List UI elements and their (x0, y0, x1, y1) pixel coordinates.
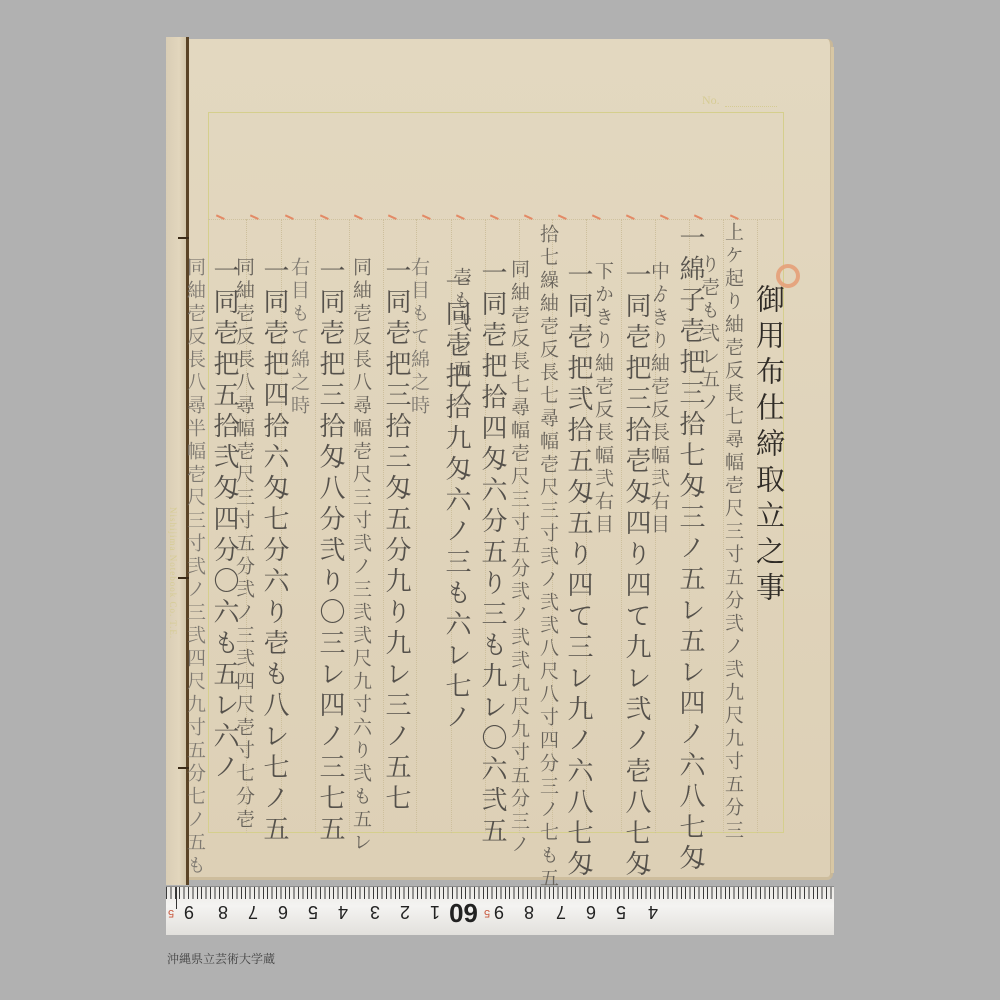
entry-column: 一同壱把三拾三匁五分九り九レ三ノ五七 (383, 257, 409, 815)
ruler-number: 3 (370, 901, 380, 922)
entry-column: 右目もて綿之時 (409, 257, 428, 418)
ruler-number: 2 (400, 901, 410, 922)
entry-column: 一同壱把弐拾五匁五り四て三レ九ノ六八七匁 (565, 261, 591, 881)
entry-column: 下かきり紬壱反長幅弐右目 (593, 261, 612, 537)
ruler-number: 5 (168, 907, 174, 919)
document-title: 御用布仕締取立之事 (754, 284, 783, 608)
entry-column: 中ゟきり紬壱反長幅弐右目 (649, 261, 668, 537)
measurement-ruler: 5 9 8 7 6 5 4 3 2 1 60 5 9 8 7 6 5 4 (166, 886, 834, 935)
entry-column: 右目もて綿之時 (289, 257, 308, 418)
entry-column: 同紬壱反長八尋半幅壱尺三寸弐ノ三弐四尺九寸五分七ノ五も (185, 257, 204, 878)
page-edge (831, 47, 834, 873)
entry-column: 一同壱把三拾匁八分弐り〇三レ四ノ三七五 (317, 257, 343, 846)
entry-column: 一同壱把五拾弐匁四分〇六も五レ六ノ (211, 257, 237, 784)
ruler-major-tick (176, 887, 177, 909)
ruler-number: 9 (494, 901, 504, 922)
ruler-number: 8 (218, 901, 228, 922)
ruler-number: 5 (616, 901, 626, 922)
entry-column: 一同壱把三拾壱匁四り四て九レ弐ノ壱八七匁 (623, 261, 649, 881)
margin-print: Nishijima Notebook Co. T.E. (168, 507, 178, 639)
document-scan: Nishijima Notebook Co. T.E. No. (166, 37, 834, 885)
ruler-number: 4 (338, 901, 348, 922)
ruler-number-major: 60 (449, 897, 478, 928)
entry-column: 一綿子壱把三拾七匁三ノ五レ五レ四ノ六八七匁 (677, 224, 703, 875)
entry-column: 拾七繰紬壱反長七尋幅壱尺三寸弐ノ弐弐八尺八寸四分三ノ七も五レ (538, 224, 557, 914)
collection-caption: 沖縄県立芸術大学蔵 (167, 950, 275, 967)
entry-column: 一同壱把拾九匁六ノ三も六レ七ノ (443, 269, 469, 734)
ruler-number: 7 (556, 901, 566, 922)
ruler-number: 8 (524, 901, 534, 922)
entry-column: 同紬壱反長八尋幅壱尺三寸弐ノ三弐弐尺九寸六り弐も五レ (351, 257, 370, 855)
ruler-number: 9 (184, 901, 194, 922)
ruler-ticks (166, 887, 834, 899)
ruler-number: 4 (648, 901, 658, 922)
form-number-line (725, 106, 777, 107)
ruler-number: 5 (484, 907, 490, 919)
ledger-page: No. (189, 39, 833, 880)
entry-column: 上ケ起り紬壱反長七尋幅壱尺三寸五分弐ノ弐九尺九寸五分三 (723, 222, 742, 843)
entry-column: 同紬壱反長七尋幅壱尺三寸五分弐ノ弐弐九尺九寸五分三ノ (509, 259, 528, 857)
entry-column: 一同壱把拾四匁六分五り三も九レ〇六弐五 (479, 259, 505, 848)
form-number-label: No. (702, 93, 720, 108)
ruler-number: 1 (430, 901, 440, 922)
entry-column: 一同壱把四拾六匁七分六り壱も八レ七ノ五 (261, 257, 287, 846)
ruler-number: 6 (278, 901, 288, 922)
ruler-number: 6 (586, 901, 596, 922)
ruler-number: 5 (308, 901, 318, 922)
ruler-number: 7 (248, 901, 258, 922)
